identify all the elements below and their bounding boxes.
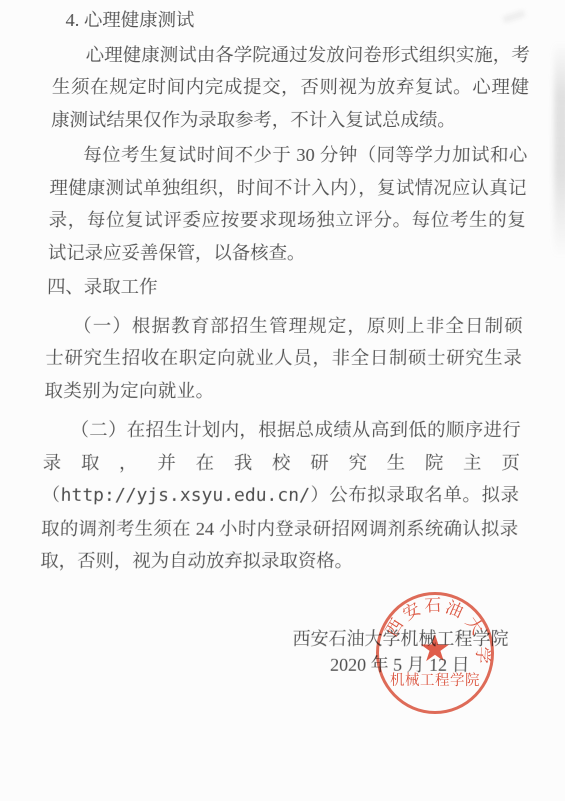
admission-rule-2-text-before-url: （二）在招生计划内，根据总成绩从高到低的顺序进行录取，并在我校研究生院主页 bbox=[43, 420, 521, 473]
list-item-heading-psych-test: 4. 心理健康测试 bbox=[65, 4, 531, 37]
official-seal: 西 安 石 油 大 学 ★ 机械工程学院 bbox=[376, 592, 494, 714]
seal-bottom-text: 机械工程学院 bbox=[379, 673, 491, 689]
paragraph-interview-time: 每位考生复试时间不少于 30 分钟（同等学力加试和心理健康测试单独组织，时间不计… bbox=[48, 139, 528, 269]
paragraph-psych-test: 心理健康测试由各学院通过发放问卷形式组织实施，考生须在规定时间内完成提交，否则视… bbox=[51, 39, 530, 137]
section-heading-admission-work: 四、录取工作 bbox=[47, 271, 525, 304]
seal-arc-char-2: 安 bbox=[399, 600, 424, 625]
paragraph-admission-rule-1: （一）根据教育部招生管理规定，原则上非全日制硕士研究生招收在职定向就业人员，非全… bbox=[44, 310, 523, 408]
seal-arc-char-4: 油 bbox=[442, 598, 466, 622]
seal-star-icon: ★ bbox=[379, 629, 491, 669]
paragraph-admission-rule-2: （二）在招生计划内，根据总成绩从高到低的顺序进行录取，并在我校研究生院主页（ht… bbox=[40, 414, 521, 578]
scanned-document-page: 4. 心理健康测试 心理健康测试由各学院通过发放问卷形式组织实施，考生须在规定时… bbox=[0, 0, 565, 801]
gradschool-homepage-url: （http://yjs.xsyu.edu.cn/） bbox=[42, 485, 330, 506]
document-text-block: 4. 心理健康测试 心理健康测试由各学院通过发放问卷形式组织实施，考生须在规定时… bbox=[38, 4, 531, 678]
scan-shadow-right bbox=[554, 42, 565, 257]
seal-arc-char-3: 石 bbox=[423, 597, 442, 616]
